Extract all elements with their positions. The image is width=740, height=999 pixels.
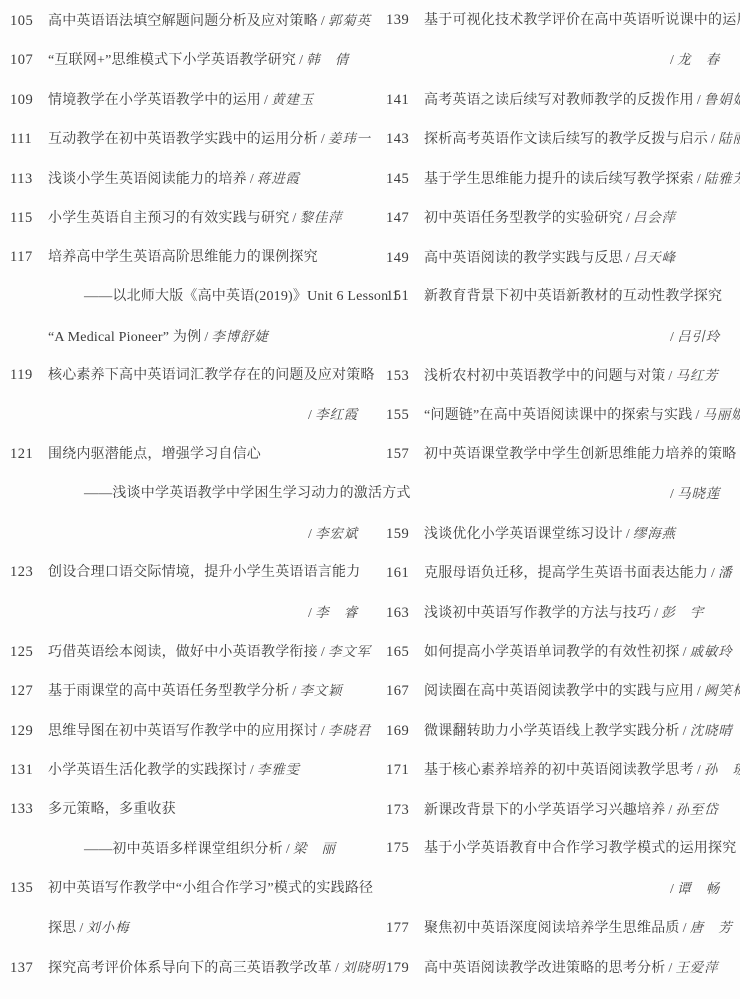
page-number: 117: [10, 249, 48, 266]
toc-entry: 165如何提高小学英语单词教学的有效性初探/戚敏玲: [386, 640, 736, 679]
title-continuation: “A Medical Pioneer” 为例: [48, 326, 201, 346]
author-line: /吕引玲: [386, 325, 736, 364]
toc-line: 145基于学生思维能力提升的读后续写教学探索/陆雅芳: [386, 167, 736, 206]
author-separator: /: [694, 172, 704, 188]
article-subtitle: ——初中英语多样课堂组织分析: [84, 838, 283, 858]
author-name: 陆雅芳: [704, 167, 740, 187]
author-name: 马红芳: [676, 364, 719, 384]
page-number: 163: [386, 605, 424, 622]
author-separator: /: [665, 369, 675, 385]
toc-line: 159浅谈优化小学英语课堂练习设计/缪海燕: [386, 522, 736, 561]
author-name: 缪海燕: [633, 522, 676, 542]
author-separator: /: [665, 961, 675, 977]
author-separator: /: [651, 606, 661, 622]
author-name: 王爱萍: [676, 956, 719, 976]
page-number: 143: [386, 131, 424, 148]
article-title: 培养高中学生英语高阶思维能力的课例探究: [48, 246, 318, 266]
author-separator: /: [708, 132, 718, 148]
page-number: 157: [386, 446, 424, 463]
author-line: /李红霞: [10, 403, 374, 442]
toc-entry: 141高考英语之读后续写对教师教学的反拨作用/鲁娟娟: [386, 88, 736, 127]
author-name: 沈晓晴: [690, 719, 733, 739]
author-separator: /: [289, 684, 299, 700]
toc-line: 139基于可视化技术教学评价在高中英语听说课中的运用: [386, 9, 736, 48]
author-name: 李 睿: [315, 601, 358, 621]
author-separator: /: [692, 408, 702, 424]
author-separator: /: [680, 645, 690, 661]
toc-line: 149高中英语阅读的教学实践与反思/吕天峰: [386, 246, 736, 285]
toc-entry: 127基于雨课堂的高中英语任务型教学分析/李文颖: [10, 679, 374, 718]
article-title: 高考英语之读后续写对教师教学的反拨作用: [424, 89, 694, 109]
author-name: 阙笑梅: [704, 679, 740, 699]
toc-column-left: 105高中英语语法填空解题问题分析及应对策略/郭菊英107“互联网+”思维模式下…: [10, 9, 374, 995]
author-separator: /: [667, 53, 677, 69]
author-name: 李红霞: [315, 403, 358, 423]
article-title: 情境教学在小学英语教学中的运用: [48, 89, 261, 109]
article-title: 探究高考评价体系导向下的高三英语教学改革: [48, 957, 332, 977]
author-separator: /: [318, 14, 328, 30]
toc-line: 179高中英语阅读教学改进策略的思考分析/王爱萍: [386, 956, 736, 995]
toc-entry: 163浅谈初中英语写作教学的方法与技巧/彭 宇: [386, 601, 736, 640]
toc-line: 167阅读圈在高中英语阅读教学中的实践与应用/阙笑梅: [386, 679, 736, 718]
article-title: 克服母语负迁移，提高学生英语书面表达能力: [424, 562, 708, 582]
toc-line: 155“问题链”在高中英语阅读课中的探索与实践/马丽娜: [386, 403, 736, 442]
toc-line: 177聚焦初中英语深度阅读培养学生思维品质/唐 芳: [386, 916, 736, 955]
toc-line: 173新课改背景下的小学英语学习兴趣培养/孙至岱: [386, 798, 736, 837]
toc-entry: 129思维导图在初中英语写作教学中的应用探讨/李晓君: [10, 719, 374, 758]
toc-entry: 155“问题链”在高中英语阅读课中的探索与实践/马丽娜: [386, 403, 736, 442]
toc-line: ——浅谈中学英语教学中学困生学习动力的激活方式: [10, 482, 374, 521]
author-separator: /: [623, 251, 633, 267]
article-title: “互联网+”思维模式下小学英语教学研究: [48, 49, 296, 69]
toc-line: 147初中英语任务型教学的实验研究/吕会萍: [386, 206, 736, 245]
toc-line: 165如何提高小学英语单词教学的有效性初探/戚敏玲: [386, 640, 736, 679]
toc-entry: 167阅读圈在高中英语阅读教学中的实践与应用/阙笑梅: [386, 679, 736, 718]
page-number: 159: [386, 526, 424, 543]
author-separator: /: [296, 53, 306, 69]
author-separator: /: [247, 172, 257, 188]
author-separator: /: [694, 684, 704, 700]
page-number: 109: [10, 92, 48, 109]
author-separator: /: [247, 763, 257, 779]
page-number: 129: [10, 723, 48, 740]
article-title: 巧借英语绘本阅读，做好中小英语教学衔接: [48, 641, 318, 661]
author-separator: /: [305, 527, 315, 543]
toc-entry: 111互动教学在初中英语教学实践中的运用分析/姜玮一: [10, 127, 374, 166]
article-title: 创设合理口语交际情境，提升小学生英语语言能力: [48, 561, 360, 581]
author-name: 孙 璈: [704, 758, 740, 778]
author-name: 李宏斌: [315, 522, 358, 542]
toc-line: 141高考英语之读后续写对教师教学的反拨作用/鲁娟娟: [386, 88, 736, 127]
toc-entry: 109情境教学在小学英语教学中的运用/黄建玉: [10, 88, 374, 127]
article-title: 初中英语课堂教学中学生创新思维能力培养的策略: [424, 443, 736, 463]
title-continuation: 探思: [48, 917, 76, 937]
toc-entry: 177聚焦初中英语深度阅读培养学生思维品质/唐 芳: [386, 916, 736, 955]
toc-line: 133多元策略，多重收获: [10, 798, 374, 837]
article-title: 阅读圈在高中英语阅读教学中的实践与应用: [424, 680, 694, 700]
toc-line: ——以北师大版《高中英语(2019)》Unit 6 Lesson 1: [10, 285, 374, 324]
page-number: 165: [386, 644, 424, 661]
toc-line: “A Medical Pioneer” 为例/李博舒婕: [10, 325, 374, 364]
page-number: 173: [386, 802, 424, 819]
table-of-contents: 105高中英语语法填空解题问题分析及应对策略/郭菊英107“互联网+”思维模式下…: [0, 0, 740, 995]
author-separator: /: [261, 93, 271, 109]
author-name: 李博舒婕: [211, 325, 268, 345]
author-name: 彭 宇: [661, 601, 704, 621]
author-separator: /: [667, 882, 677, 898]
article-title: 浅谈小学生英语阅读能力的培养: [48, 168, 247, 188]
page-number: 141: [386, 92, 424, 109]
toc-line: 115小学生英语自主预习的有效实践与研究/黎佳萍: [10, 206, 374, 245]
toc-entry: 117培养高中学生英语高阶思维能力的课例探究——以北师大版《高中英语(2019)…: [10, 246, 374, 364]
article-title: 新课改背景下的小学英语学习兴趣培养: [424, 799, 665, 819]
author-separator: /: [305, 408, 315, 424]
author-separator: /: [667, 487, 677, 503]
toc-entry: 159浅谈优化小学英语课堂练习设计/缪海燕: [386, 522, 736, 561]
author-separator: /: [76, 921, 86, 937]
article-title: 基于小学英语教育中合作学习教学模式的运用探究: [424, 837, 736, 857]
toc-entry: 119核心素养下高中英语词汇教学存在的问题及应对策略/李红霞: [10, 364, 374, 443]
toc-line: 117培养高中学生英语高阶思维能力的课例探究: [10, 246, 374, 285]
toc-entry: 151新教育背景下初中英语新教材的互动性教学探究/吕引玲: [386, 285, 736, 364]
author-line: /马晓莲: [386, 482, 736, 521]
author-name: 鲁娟娟: [704, 88, 740, 108]
author-name: 李雅雯: [257, 758, 300, 778]
toc-entry: 153浅析农村初中英语教学中的问题与对策/马红芳: [386, 364, 736, 403]
toc-line: 127基于雨课堂的高中英语任务型教学分析/李文颖: [10, 679, 374, 718]
page-number: 151: [386, 288, 424, 305]
toc-entry: 131小学英语生活化教学的实践探讨/李雅雯: [10, 758, 374, 797]
article-title: 围绕内驱潜能点，增强学习自信心: [48, 443, 261, 463]
toc-entry: 147初中英语任务型教学的实验研究/吕会萍: [386, 206, 736, 245]
toc-line: 131小学英语生活化教学的实践探讨/李雅雯: [10, 758, 374, 797]
article-title: 思维导图在初中英语写作教学中的应用探讨: [48, 720, 318, 740]
toc-entry: 143探析高考英语作文读后续写的教学反拨与启示/陆丽桦: [386, 127, 736, 166]
author-separator: /: [623, 527, 633, 543]
article-title: 基于学生思维能力提升的读后续写教学探索: [424, 168, 694, 188]
toc-line: 175基于小学英语教育中合作学习教学模式的运用探究: [386, 837, 736, 876]
author-separator: /: [694, 93, 704, 109]
author-name: 谭 畅: [677, 877, 720, 897]
toc-entry: 121围绕内驱潜能点，增强学习自信心——浅谈中学英语教学中学困生学习动力的激活方…: [10, 443, 374, 561]
author-name: 刘小梅: [87, 916, 130, 936]
article-title: 浅谈初中英语写作教学的方法与技巧: [424, 602, 651, 622]
author-name: 吕会萍: [633, 206, 676, 226]
author-name: 刘晓明: [342, 956, 385, 976]
author-name: 吕引玲: [677, 325, 720, 345]
article-title: 浅谈优化小学英语课堂练习设计: [424, 523, 623, 543]
author-name: 韩 倩: [306, 48, 349, 68]
article-title: 高中英语阅读教学改进策略的思考分析: [424, 957, 665, 977]
toc-line: 135初中英语写作教学中“小组合作学习”模式的实践路径: [10, 877, 374, 916]
toc-entry: 179高中英语阅读教学改进策略的思考分析/王爱萍: [386, 956, 736, 995]
toc-entry: 149高中英语阅读的教学实践与反思/吕天峰: [386, 246, 736, 285]
article-title: 核心素养下高中英语词汇教学存在的问题及应对策略: [48, 364, 375, 384]
page-number: 133: [10, 801, 48, 818]
toc-entry: 161克服母语负迁移，提高学生英语书面表达能力/潘 淋: [386, 561, 736, 600]
toc-line: 157初中英语课堂教学中学生创新思维能力培养的策略: [386, 443, 736, 482]
author-name: 黄建玉: [271, 88, 314, 108]
author-line: /龙 春: [386, 48, 736, 87]
page-number: 105: [10, 13, 48, 30]
page-number: 145: [386, 171, 424, 188]
author-separator: /: [708, 566, 718, 582]
toc-line: 161克服母语负迁移，提高学生英语书面表达能力/潘 淋: [386, 561, 736, 600]
toc-entry: 173新课改背景下的小学英语学习兴趣培养/孙至岱: [386, 798, 736, 837]
page-number: 179: [386, 960, 424, 977]
page-number: 169: [386, 723, 424, 740]
author-separator: /: [680, 921, 690, 937]
page-number: 153: [386, 368, 424, 385]
toc-line: 探思/刘小梅: [10, 916, 374, 955]
toc-entry: 125巧借英语绘本阅读，做好中小英语教学衔接/李文军: [10, 640, 374, 679]
author-name: 龙 春: [677, 48, 720, 68]
page-number: 121: [10, 446, 48, 463]
toc-entry: 145基于学生思维能力提升的读后续写教学探索/陆雅芳: [386, 167, 736, 206]
page-number: 139: [386, 12, 424, 29]
article-title: 小学英语生活化教学的实践探讨: [48, 759, 247, 779]
page-number: 111: [10, 131, 48, 148]
toc-line: 143探析高考英语作文读后续写的教学反拨与启示/陆丽桦: [386, 127, 736, 166]
author-name: 李晓君: [328, 719, 371, 739]
toc-entry: 115小学生英语自主预习的有效实践与研究/黎佳萍: [10, 206, 374, 245]
article-title: 小学生英语自主预习的有效实践与研究: [48, 207, 289, 227]
toc-line: 105高中英语语法填空解题问题分析及应对策略/郭菊英: [10, 9, 374, 48]
toc-line: 123创设合理口语交际情境，提升小学生英语语言能力: [10, 561, 374, 600]
toc-line: ——初中英语多样课堂组织分析/梁 丽: [10, 837, 374, 876]
author-name: 陆丽桦: [718, 127, 740, 147]
author-name: 蒋进霞: [257, 167, 300, 187]
toc-line: 129思维导图在初中英语写作教学中的应用探讨/李晓君: [10, 719, 374, 758]
page-number: 167: [386, 683, 424, 700]
page-number: 171: [386, 762, 424, 779]
author-name: 吕天峰: [633, 246, 676, 266]
page-number: 107: [10, 52, 48, 69]
page-number: 135: [10, 880, 48, 897]
author-separator: /: [332, 961, 342, 977]
article-title: 微课翻转助力小学英语线上教学实践分析: [424, 720, 680, 740]
article-title: 聚焦初中英语深度阅读培养学生思维品质: [424, 917, 680, 937]
article-title: 高中英语阅读的教学实践与反思: [424, 247, 623, 267]
toc-column-right: 139基于可视化技术教学评价在高中英语听说课中的运用/龙 春141高考英语之读后…: [386, 9, 736, 995]
author-separator: /: [201, 330, 211, 346]
author-separator: /: [318, 645, 328, 661]
toc-entry: 171基于核心素养培养的初中英语阅读教学思考/孙 璈: [386, 758, 736, 797]
author-separator: /: [694, 763, 704, 779]
toc-entry: 113浅谈小学生英语阅读能力的培养/蒋进霞: [10, 167, 374, 206]
page-number: 123: [10, 564, 48, 581]
page-number: 147: [386, 210, 424, 227]
article-title: 初中英语写作教学中“小组合作学习”模式的实践路径: [48, 877, 373, 897]
toc-line: 125巧借英语绘本阅读，做好中小英语教学衔接/李文军: [10, 640, 374, 679]
page-number: 131: [10, 762, 48, 779]
toc-line: 151新教育背景下初中英语新教材的互动性教学探究: [386, 285, 736, 324]
page-number: 113: [10, 171, 48, 188]
toc-entry: 135初中英语写作教学中“小组合作学习”模式的实践路径探思/刘小梅: [10, 877, 374, 956]
author-name: 梁 丽: [293, 837, 336, 857]
toc-entry: 133多元策略，多重收获——初中英语多样课堂组织分析/梁 丽: [10, 798, 374, 877]
author-line: /李 睿: [10, 601, 374, 640]
toc-line: 153浅析农村初中英语教学中的问题与对策/马红芳: [386, 364, 736, 403]
toc-line: 107“互联网+”思维模式下小学英语教学研究/韩 倩: [10, 48, 374, 87]
article-title: 初中英语任务型教学的实验研究: [424, 207, 623, 227]
page-number: 161: [386, 565, 424, 582]
author-name: 李文颖: [300, 679, 343, 699]
toc-line: 111互动教学在初中英语教学实践中的运用分析/姜玮一: [10, 127, 374, 166]
author-separator: /: [665, 803, 675, 819]
toc-line: 137探究高考评价体系导向下的高三英语教学改革/刘晓明: [10, 956, 374, 995]
author-name: 唐 芳: [690, 916, 733, 936]
toc-line: 163浅谈初中英语写作教学的方法与技巧/彭 宇: [386, 601, 736, 640]
toc-entry: 157初中英语课堂教学中学生创新思维能力培养的策略/马晓莲: [386, 443, 736, 522]
article-title: 互动教学在初中英语教学实践中的运用分析: [48, 128, 318, 148]
toc-line: 121围绕内驱潜能点，增强学习自信心: [10, 443, 374, 482]
author-separator: /: [283, 842, 293, 858]
toc-line: 113浅谈小学生英语阅读能力的培养/蒋进霞: [10, 167, 374, 206]
author-name: 戚敏玲: [690, 640, 733, 660]
author-name: 黎佳萍: [300, 206, 343, 226]
author-separator: /: [289, 211, 299, 227]
toc-line: 169微课翻转助力小学英语线上教学实践分析/沈晓晴: [386, 719, 736, 758]
article-title: 多元策略，多重收获: [48, 798, 176, 818]
toc-line: 109情境教学在小学英语教学中的运用/黄建玉: [10, 88, 374, 127]
page-number: 125: [10, 644, 48, 661]
article-subtitle: ——浅谈中学英语教学中学困生学习动力的激活方式: [84, 482, 411, 502]
author-separator: /: [680, 724, 690, 740]
author-name: 郭菊英: [328, 9, 371, 29]
author-name: 孙至岱: [676, 798, 719, 818]
author-separator: /: [623, 211, 633, 227]
article-title: 基于雨课堂的高中英语任务型教学分析: [48, 680, 289, 700]
page-number: 177: [386, 920, 424, 937]
article-subtitle: ——以北师大版《高中英语(2019)》Unit 6 Lesson 1: [84, 285, 399, 305]
author-separator: /: [318, 132, 328, 148]
article-title: 浅析农村初中英语教学中的问题与对策: [424, 365, 665, 385]
page-number: 149: [386, 250, 424, 267]
toc-entry: 105高中英语语法填空解题问题分析及应对策略/郭菊英: [10, 9, 374, 48]
author-line: /谭 畅: [386, 877, 736, 916]
toc-entry: 169微课翻转助力小学英语线上教学实践分析/沈晓晴: [386, 719, 736, 758]
article-title: 基于核心素养培养的初中英语阅读教学思考: [424, 759, 694, 779]
toc-entry: 139基于可视化技术教学评价在高中英语听说课中的运用/龙 春: [386, 9, 736, 88]
article-title: 基于可视化技术教学评价在高中英语听说课中的运用: [424, 9, 740, 29]
author-separator: /: [318, 724, 328, 740]
author-name: 马晓莲: [677, 482, 720, 502]
author-name: 姜玮一: [328, 127, 371, 147]
article-title: 新教育背景下初中英语新教材的互动性教学探究: [424, 285, 722, 305]
toc-entry: 107“互联网+”思维模式下小学英语教学研究/韩 倩: [10, 48, 374, 87]
page-number: 155: [386, 407, 424, 424]
author-line: /李宏斌: [10, 522, 374, 561]
toc-entry: 123创设合理口语交际情境，提升小学生英语语言能力/李 睿: [10, 561, 374, 640]
toc-entry: 137探究高考评价体系导向下的高三英语教学改革/刘晓明: [10, 956, 374, 995]
author-name: 马丽娜: [703, 403, 740, 423]
article-title: 高中英语语法填空解题问题分析及应对策略: [48, 10, 318, 30]
page-number: 127: [10, 683, 48, 700]
author-separator: /: [667, 330, 677, 346]
article-title: 探析高考英语作文读后续写的教学反拨与启示: [424, 128, 708, 148]
page-number: 137: [10, 960, 48, 977]
author-separator: /: [305, 606, 315, 622]
toc-entry: 175基于小学英语教育中合作学习教学模式的运用探究/谭 畅: [386, 837, 736, 916]
article-title: 如何提高小学英语单词教学的有效性初探: [424, 641, 680, 661]
author-name: 李文军: [328, 640, 371, 660]
article-title: “问题链”在高中英语阅读课中的探索与实践: [424, 404, 692, 424]
toc-line: 119核心素养下高中英语词汇教学存在的问题及应对策略: [10, 364, 374, 403]
page-number: 175: [386, 840, 424, 857]
page-number: 115: [10, 210, 48, 227]
author-name: 潘 淋: [718, 561, 740, 581]
page-number: 119: [10, 367, 48, 384]
toc-line: 171基于核心素养培养的初中英语阅读教学思考/孙 璈: [386, 758, 736, 797]
